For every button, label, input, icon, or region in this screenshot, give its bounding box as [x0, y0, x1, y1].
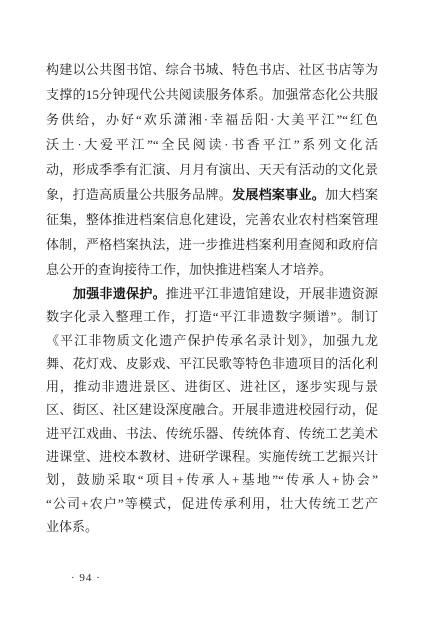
text-line: 体制，严格档案执法，进一步推进档案利用查阅和政府信 — [46, 232, 378, 257]
text-line: 数字化录入整理工作，打造“平江非遗数字频谱”。制订 — [46, 305, 378, 328]
text-segment: 划，鼓励采取“项目+传承人+基地”“传承人+协会” — [46, 472, 378, 487]
text-segment: 进平江戏曲、书法、传统乐器、传统体育、传统工艺美术 — [46, 426, 378, 441]
text-segment: 加大档案 — [325, 187, 378, 202]
text-segment: 构建以公共图书馆、综合书城、特色书店、社区书店等为 — [46, 62, 378, 77]
text-segment: 动，形成季季有汇演、月月有演出、天天有活动的文化景 — [46, 162, 378, 177]
text-line: 构建以公共图书馆、综合书城、特色书店、社区书店等为 — [46, 57, 378, 82]
paragraph: 构建以公共图书馆、综合书城、特色书店、社区书店等为支撑的15分钟现代公共阅读服务… — [46, 57, 378, 282]
text-segment: 用，推动非遗进景区、进街区、进社区，逐步实现与景 — [46, 379, 378, 394]
text-segment: 征集，整体推进档案信息化建设，完善农业农村档案管理 — [46, 212, 378, 227]
text-segment: 务供给，办好“欢乐潇湘·幸福岳阳·大美平江”“红色 — [46, 112, 378, 127]
page-number: · 94 · — [71, 571, 101, 585]
text-segment: 数字化录入整理工作，打造“平江非遗数字频谱”。制订 — [46, 309, 378, 324]
text-line: 动，形成季季有汇演、月月有演出、天天有活动的文化景 — [46, 157, 378, 182]
text-segment: 区、街区、社区建设深度融合。开展非遗进校园行动，促 — [46, 402, 378, 417]
text-segment: 沃土·大爱平江”“全民阅读·书香平江”系列文化活 — [46, 137, 378, 152]
text-line: 划，鼓励采取“项目+传承人+基地”“传承人+协会” — [46, 468, 378, 491]
text-line: 加强非遗保护。推进平江非遗馆建设，开展非遗资源 — [46, 282, 378, 305]
text-line: 支撑的15分钟现代公共阅读服务体系。加强常态化公共服 — [46, 82, 378, 107]
text-segment: 支撑的15分钟现代公共阅读服务体系。加强常态化公共服 — [46, 87, 378, 102]
paragraph: 加强非遗保护。推进平江非遗馆建设，开展非遗资源数字化录入整理工作，打造“平江非遗… — [46, 282, 378, 538]
text-segment: 体制，严格档案执法，进一步推进档案利用查阅和政府信 — [46, 237, 378, 252]
text-line: 象，打造高质量公共服务品牌。发展档案事业。加大档案 — [46, 182, 378, 207]
text-line: 业体系。 — [46, 515, 378, 538]
text-line: 用，推动非遗进景区、进街区、进社区，逐步实现与景 — [46, 375, 378, 398]
text-line: 息公开的查询接待工作，加快推进档案人才培养。 — [46, 257, 378, 282]
text-segment: 舞、花灯戏、皮影戏、平江民歌等特色非遗项目的活化利 — [46, 356, 378, 371]
text-line: 务供给，办好“欢乐潇湘·幸福岳阳·大美平江”“红色 — [46, 107, 378, 132]
text-segment: 业体系。 — [46, 519, 98, 534]
text-segment: 象，打造高质量公共服务品牌。 — [46, 187, 232, 202]
text-line: 区、街区、社区建设深度融合。开展非遗进校园行动，促 — [46, 398, 378, 421]
text-segment: 息公开的查询接待工作，加快推进档案人才培养。 — [46, 262, 332, 277]
text-segment: 推进平江非遗馆建设，开展非遗资源 — [166, 286, 378, 301]
text-line: “公司+农户”等模式，促进传承利用，壮大传统工艺产 — [46, 492, 378, 515]
text-line: 进课堂、进校本教材、进研学课程。实施传统工艺振兴计 — [46, 445, 378, 468]
text-line: 进平江戏曲、书法、传统乐器、传统体育、传统工艺美术 — [46, 422, 378, 445]
text-line: 沃土·大爱平江”“全民阅读·书香平江”系列文化活 — [46, 132, 378, 157]
page: 构建以公共图书馆、综合书城、特色书店、社区书店等为支撑的15分钟现代公共阅读服务… — [0, 0, 423, 619]
bold-topic-sentence: 加强非遗保护。 — [73, 286, 166, 301]
document-page-background: { "page": { "footer_page_number": "· 94 … — [0, 0, 423, 619]
text-line: 舞、花灯戏、皮影戏、平江民歌等特色非遗项目的活化利 — [46, 352, 378, 375]
document-body: 构建以公共图书馆、综合书城、特色书店、社区书店等为支撑的15分钟现代公共阅读服务… — [46, 57, 378, 538]
text-line: 征集，整体推进档案信息化建设，完善农业农村档案管理 — [46, 207, 378, 232]
text-segment: 《平江非物质文化遗产保护传承名录计划》，加强九龙 — [46, 333, 378, 348]
text-segment: “公司+农户”等模式，促进传承利用，壮大传统工艺产 — [46, 496, 378, 511]
text-line: 《平江非物质文化遗产保护传承名录计划》，加强九龙 — [46, 329, 378, 352]
text-segment: 进课堂、进校本教材、进研学课程。实施传统工艺振兴计 — [46, 449, 378, 464]
bold-topic-sentence: 发展档案事业。 — [232, 187, 325, 202]
